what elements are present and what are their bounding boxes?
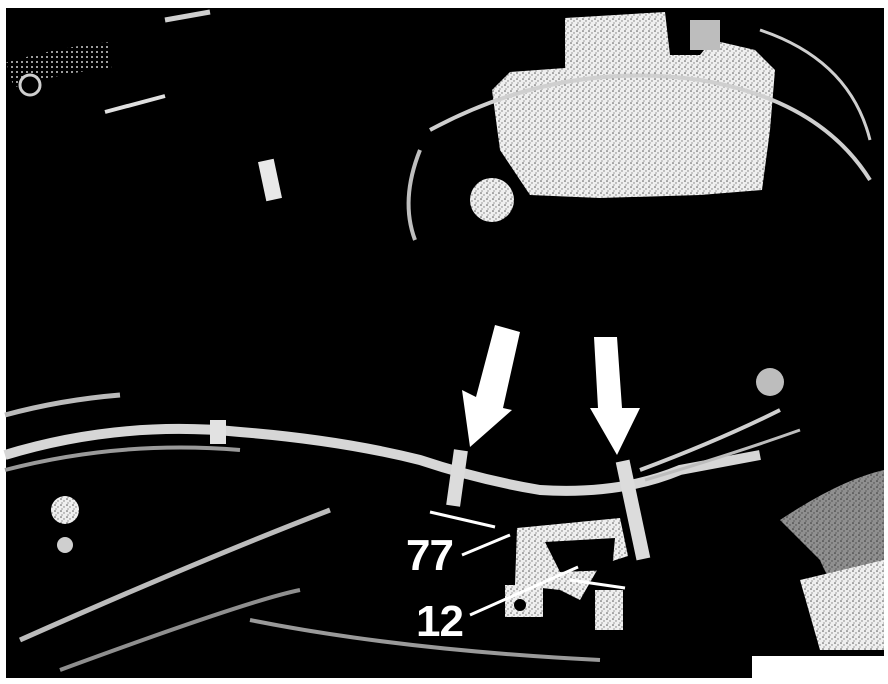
callout-label-77: 77 [406,534,453,578]
repair-photo [0,0,888,684]
cap [470,178,514,222]
callout-label-12: 12 [416,600,463,644]
